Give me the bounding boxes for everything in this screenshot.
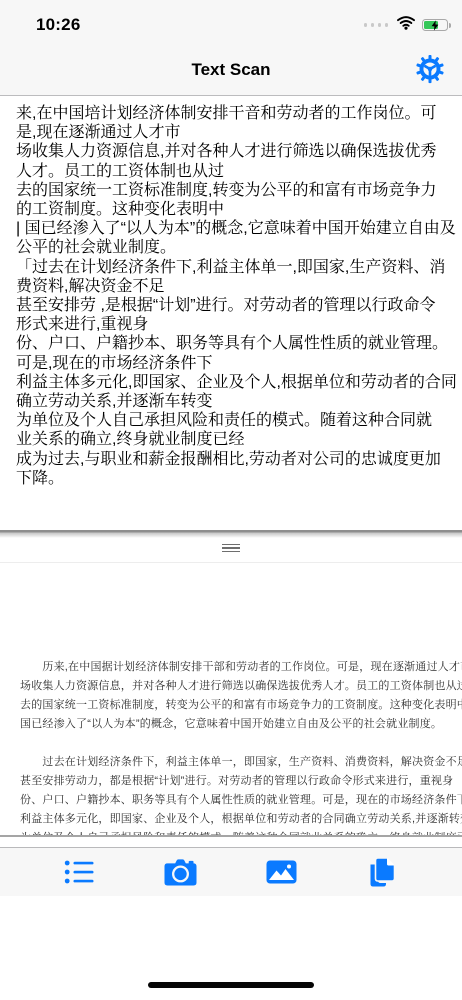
ocr-text-line: | 国已经渗入了“以人为本”的概念,它意味着中国开始建立自由及 xyxy=(16,219,448,238)
bottom-toolbar xyxy=(0,847,462,896)
preview-text-line: 历来,在中国据计划经济体制安排干部和劳动者的工作岗位。可是，现在逐渐通过人才市 xyxy=(20,658,442,677)
preview-text-line: 甚至安排劳动力，都是根据“计划”进行。对劳动者的管理以行政命令形式来进行，重视身 xyxy=(20,772,442,791)
nav-bar: Text Scan xyxy=(0,44,462,96)
ocr-text-line: 甚至安排劳 ,是根据“计划”进行。对劳动者的管理以行政命令 xyxy=(16,296,448,315)
ocr-text-line: 场收集人力资源信息,并对各种人才进行筛选以确保选拔优秀 xyxy=(16,142,448,161)
home-indicator[interactable] xyxy=(148,982,314,988)
copy-documents-icon[interactable] xyxy=(361,854,405,890)
ocr-text-line: 是,现在逐渐通过人才市 xyxy=(16,123,448,142)
ocr-text-line: 人才。员工的工资体制也从过 xyxy=(16,162,448,181)
status-bar: 10:26 xyxy=(0,0,462,44)
ocr-text-line: 费资料,解决资金不足 xyxy=(16,277,448,296)
ocr-text-line: 去的国家统一工资标准制度,转变为公平的和富有市场竞争力 xyxy=(16,181,448,200)
preview-text-line: 去的国家统一工资标准制度，转变为公平的和富有市场竞争力的工资制度。这种变化表明中 xyxy=(20,696,442,715)
ocr-text-line: 可是,现在的市场经济条件下 xyxy=(16,354,448,373)
ocr-text-line: 成为过去,与职业和薪金报酬相比,劳动者对公司的忠诚度更加 xyxy=(16,450,448,469)
preview-text-line: 份、户口、户籍抄本、职务等具有个人属性性质的就业管理。可是，现在的市场经济条件下 xyxy=(20,791,442,810)
preview-text-line: 国已经渗入了“以人为本”的概念，它意味着中国开始建立自由及公平的社会就业制度。 xyxy=(20,715,442,734)
drag-handle-icon[interactable] xyxy=(222,544,240,552)
wifi-icon xyxy=(396,15,416,35)
camera-icon[interactable] xyxy=(158,854,202,890)
ocr-text-line: 来,在中国培计划经济体制安排干音和劳动者的工作岗位。可 xyxy=(16,104,448,123)
battery-charging-icon xyxy=(422,19,448,32)
status-time: 10:26 xyxy=(36,15,80,35)
ocr-text-line: 份、户口、户籍抄本、职务等具有个人属性性质的就业管理。 xyxy=(16,334,448,353)
settings-gear-icon[interactable] xyxy=(414,54,446,86)
paragraph-gap xyxy=(20,734,442,753)
ocr-text-line: 确立劳动关系,并逐渐车转变 xyxy=(16,392,448,411)
splitter-shadow xyxy=(0,530,462,538)
preview-text-line: 过去在计划经济条件下，利益主体单一，即国家，生产资料、消费资料，解决资金不足 xyxy=(20,753,442,772)
splitter xyxy=(0,530,462,563)
ocr-text-line: 下降。 xyxy=(16,469,448,488)
preview-paragraph-2: 过去在计划经济条件下，利益主体单一，即国家，生产资料、消费资料，解决资金不足甚至… xyxy=(20,753,442,837)
ocr-text-editor[interactable]: 来,在中国培计划经济体制安排干音和劳动者的工作岗位。可是,现在逐渐通过人才市场收… xyxy=(0,96,462,530)
ocr-text-line: 利益主体多元化,即国家、企业及个人,根据单位和劳动者的合同 xyxy=(16,373,448,392)
list-icon[interactable] xyxy=(57,854,101,890)
preview-paragraph-1: 历来,在中国据计划经济体制安排干部和劳动者的工作岗位。可是，现在逐渐通过人才市场… xyxy=(20,658,442,734)
ocr-text-line: 的工资制度。这种变化表明中 xyxy=(16,200,448,219)
preview-text-line: 利益主体多元化，即国家、企业及个人，根据单位和劳动者的合同确立劳动关系,并逐渐转… xyxy=(20,810,442,829)
photo-icon[interactable] xyxy=(260,854,304,890)
preview-text-line: 场收集人力资源信息，并对各种人才进行筛选以确保选拔优秀人才。员工的工资体制也从过 xyxy=(20,677,442,696)
status-icons xyxy=(364,15,449,35)
ocr-text-line: 形式来进行,重视身 xyxy=(16,315,448,334)
cellular-signal-icon xyxy=(364,23,389,27)
page-title: Text Scan xyxy=(191,60,270,80)
ocr-text-line: 「过去在计划经济条件下,利益主体单一,即国家,生产资料、消 xyxy=(16,258,448,277)
ocr-text-line: 为单位及个人自己承担风险和责任的模式。随着这种合同就 xyxy=(16,411,448,430)
ocr-text-line: 公平的社会就业制度。 xyxy=(16,238,448,257)
preview-text-line: 为单位及个人自己承担风险和责任的模式。随着这种合同就业关系的确立，终身就业制度已… xyxy=(20,829,442,837)
scanned-document-preview[interactable]: 历来,在中国据计划经济体制安排干部和劳动者的工作岗位。可是，现在逐渐通过人才市场… xyxy=(0,563,462,837)
ocr-text-line: 业关系的确立,终身就业制度已经 xyxy=(16,430,448,449)
